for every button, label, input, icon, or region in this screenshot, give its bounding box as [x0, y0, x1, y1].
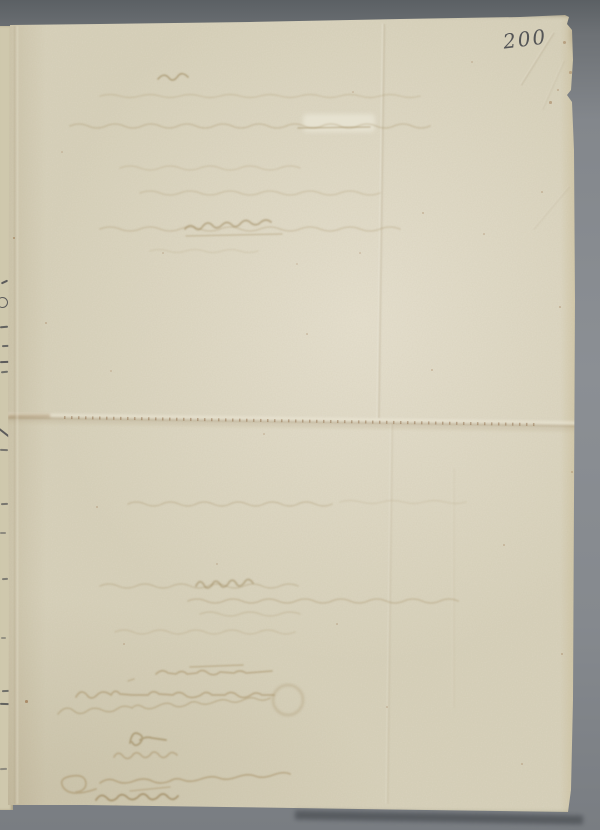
faint-stamp-mark: [272, 684, 304, 716]
bleedthrough-line: [114, 752, 177, 759]
ink-mark: [0, 768, 7, 770]
ink-mark: [0, 532, 6, 534]
foxing-spot: [386, 706, 388, 708]
bleedthrough-line: [190, 665, 243, 667]
foxing-spot: [13, 237, 15, 239]
foxing-spot: [336, 623, 338, 625]
foxing-spot: [561, 653, 563, 655]
bleedthrough-line: [196, 580, 253, 589]
bleedthrough-line: [100, 227, 400, 231]
bleedthrough-line: [340, 501, 466, 504]
bleedthrough-line: [128, 679, 134, 681]
foxing-spot: [471, 61, 473, 63]
ink-mark: [0, 326, 8, 329]
bleedthrough-line: [70, 124, 430, 128]
foxing-spot: [563, 41, 566, 44]
foxing-spot: [549, 101, 552, 104]
foxing-spot: [422, 212, 424, 214]
bleedthrough-line: [62, 773, 290, 793]
bleedthrough-line: [115, 630, 295, 634]
foxing-spot: [96, 506, 98, 508]
bleedthrough-line: [158, 74, 188, 80]
page-detail-layer: 200: [0, 0, 600, 830]
foxing-spot: [359, 252, 361, 254]
foxing-spot: [431, 369, 433, 371]
bleedthrough-line: [150, 250, 258, 253]
ink-mark: [0, 297, 8, 308]
foxing-spot: [571, 471, 573, 473]
bleedthrough-line: [100, 584, 298, 588]
foxing-spot: [123, 643, 125, 645]
bleedthrough-line: [188, 599, 458, 603]
manuscript-page: 200: [6, 14, 580, 814]
bleedthrough-line: [120, 166, 300, 170]
ink-mark: [1, 280, 8, 285]
bleedthrough-line: [128, 502, 332, 506]
bleedthrough-line: [130, 733, 166, 745]
foxing-spot: [503, 544, 505, 546]
foxing-spot: [216, 563, 218, 565]
foxing-spot: [162, 252, 164, 254]
foxing-spot: [569, 71, 572, 74]
foxing-spot: [559, 306, 561, 308]
bleedthrough-line: [130, 787, 170, 791]
bleedthrough-line: [76, 691, 274, 698]
bleedthrough-line: [100, 95, 420, 98]
foxing-spot: [557, 89, 559, 91]
ink-mark: [1, 371, 8, 374]
bleedthrough-line: [200, 612, 300, 616]
foxing-spot: [541, 191, 543, 193]
foxing-spot: [521, 763, 523, 765]
foxing-spot: [61, 151, 63, 153]
foxing-spot: [483, 233, 485, 235]
sheet-shadow: [295, 810, 583, 824]
bleedthrough-line: [116, 806, 168, 811]
foxing-spot: [296, 263, 298, 265]
bleedthrough-line: [58, 698, 270, 714]
ink-mark: [0, 361, 9, 363]
foxing-spot: [306, 333, 308, 335]
bleedthrough-line: [96, 794, 178, 801]
ink-mark: [1, 503, 8, 505]
foxing-spot: [110, 370, 112, 372]
bleedthrough-line: [186, 234, 282, 236]
ink-mark: [0, 449, 8, 451]
ink-mark: [2, 345, 9, 347]
foxing-spot: [352, 91, 354, 93]
foxing-spot: [45, 322, 47, 324]
foxing-spot: [263, 433, 265, 435]
bleedthrough-line: [140, 191, 380, 195]
bleedthrough-line: [156, 671, 272, 675]
ink-mark: [2, 578, 8, 580]
ink-mark: [1, 637, 6, 639]
foxing-spot: [25, 700, 28, 703]
photo-scene: 200: [0, 0, 600, 830]
